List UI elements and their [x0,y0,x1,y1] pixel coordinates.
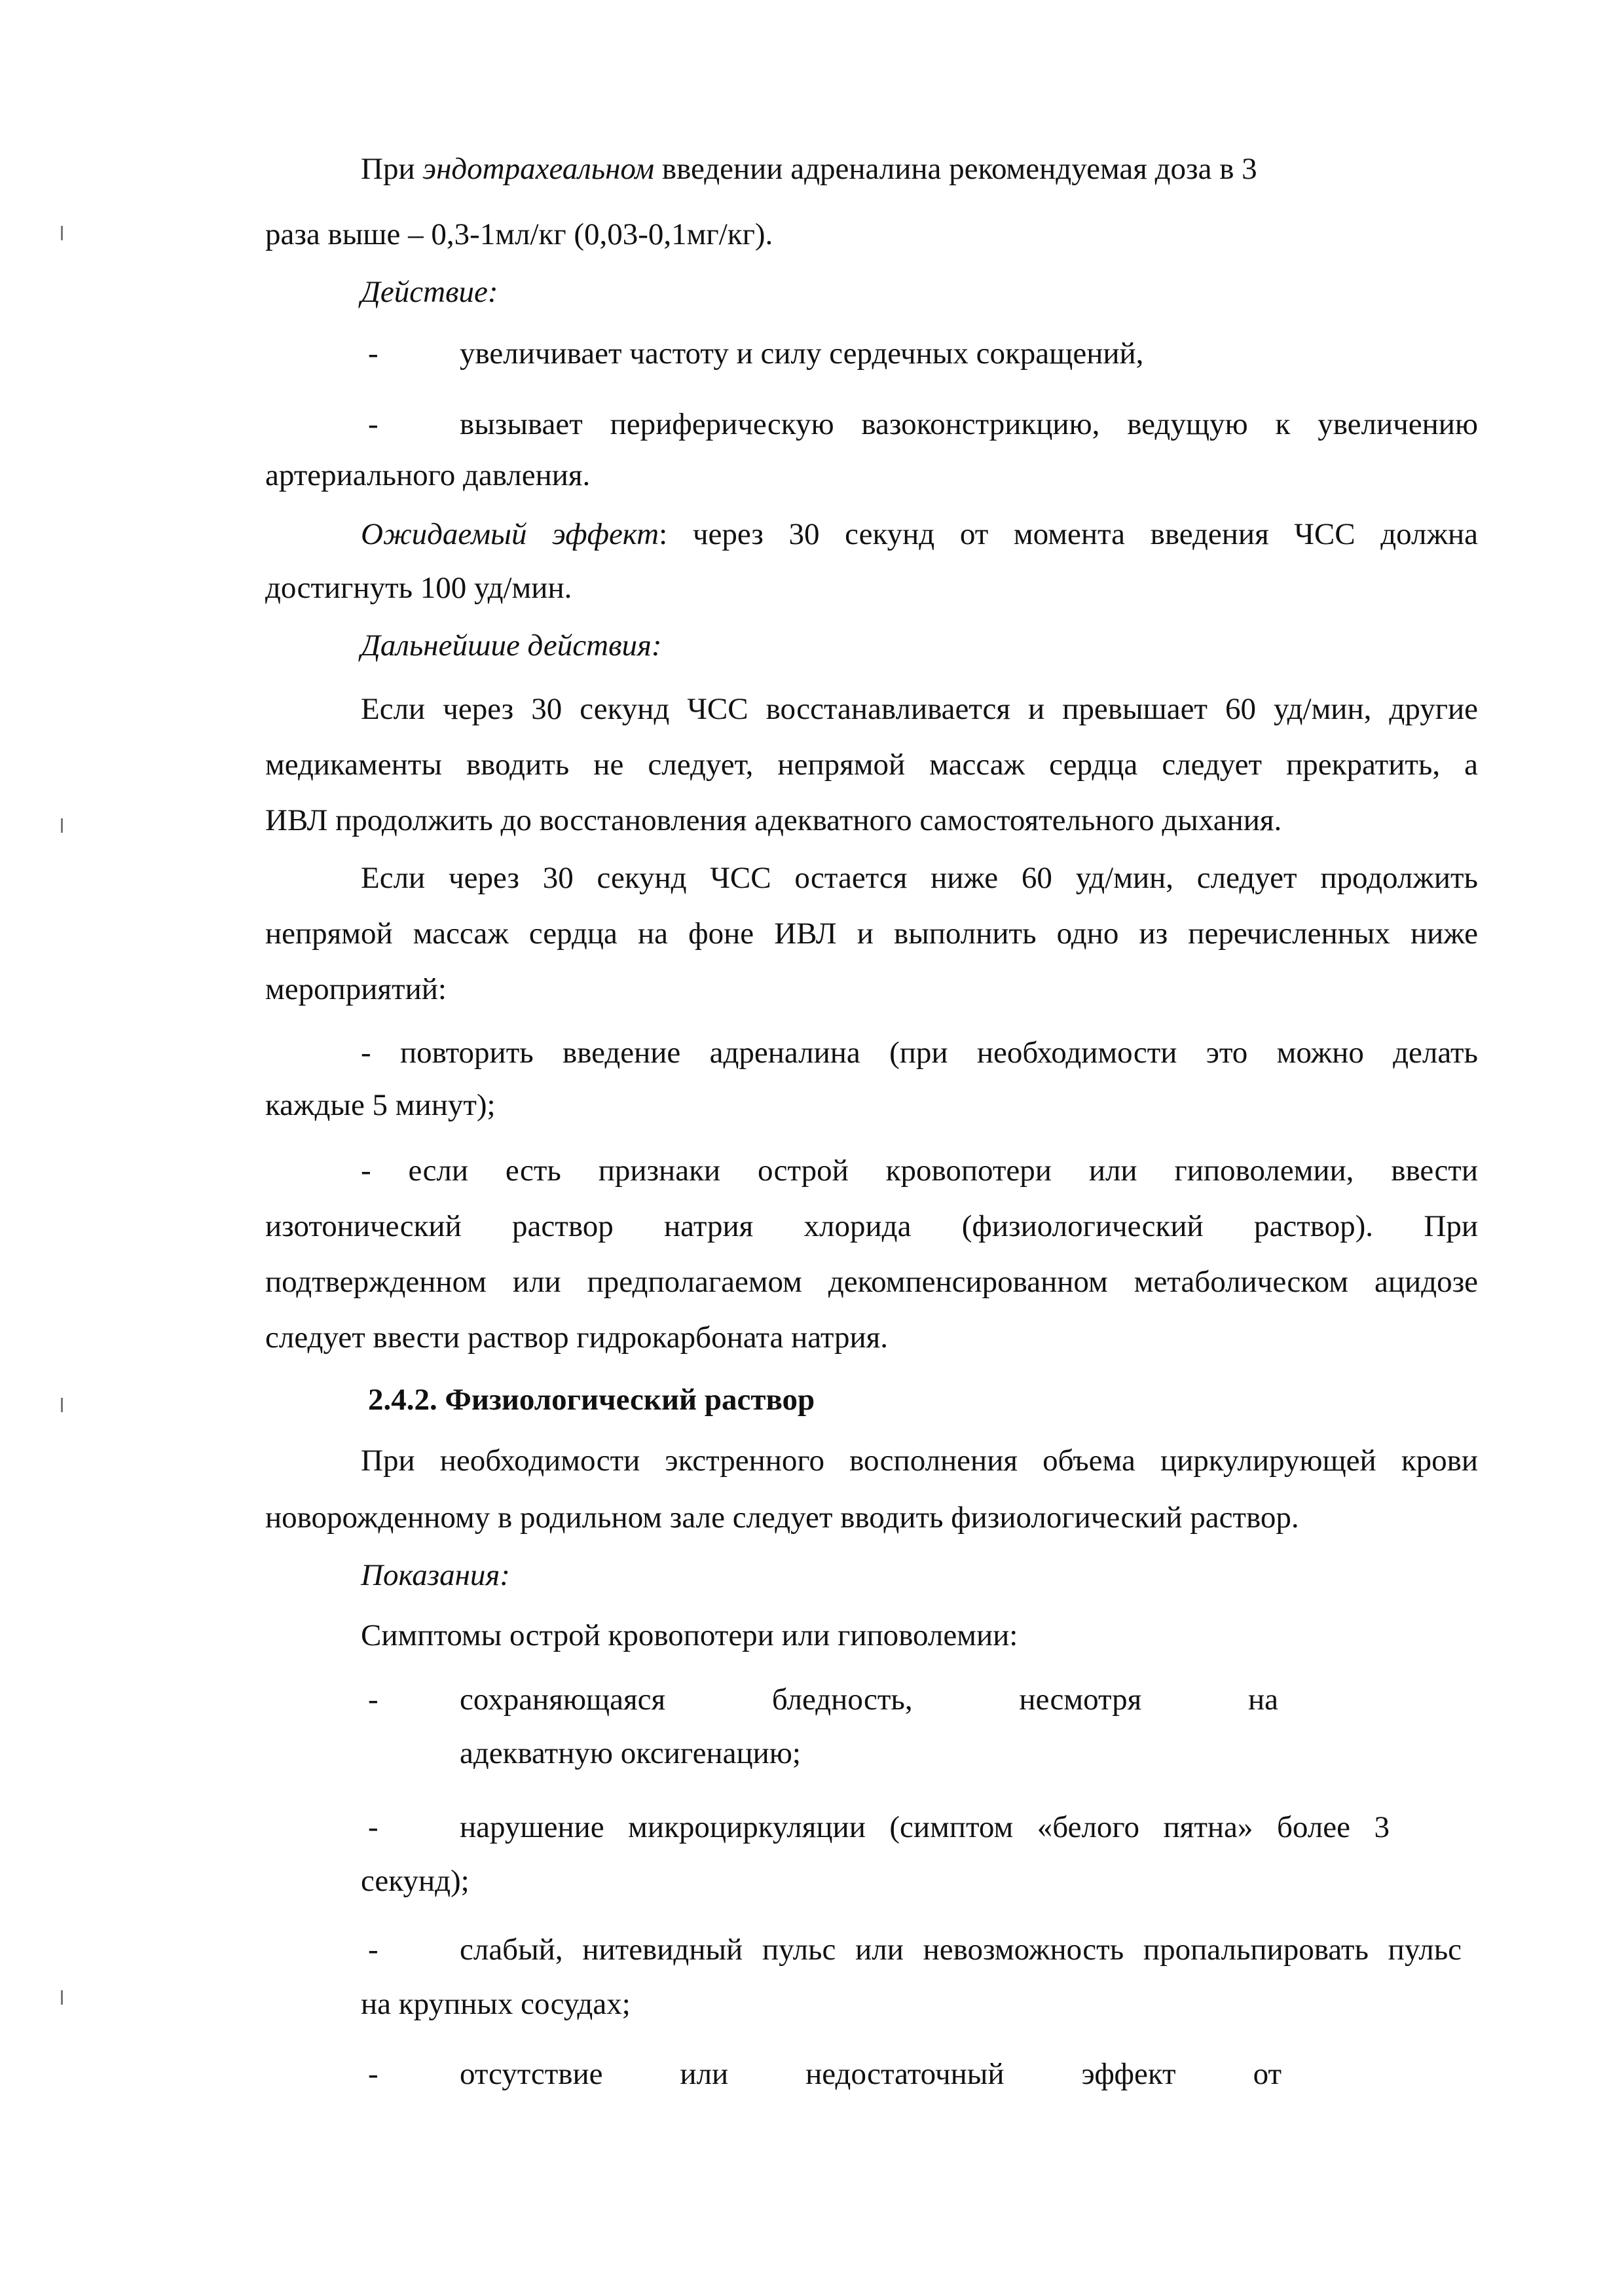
list-item: сохраняющаяся бледность, несмотря на [460,1681,1278,1718]
paragraph-line: достигнуть 100 уд/мин. [265,570,572,606]
list-item: слабый, нитевидный пульс или невозможнос… [460,1931,1462,1968]
scan-mark [61,226,63,240]
list-item-cont: адекватную оксигенацию; [460,1735,801,1772]
paragraph-line: медикаменты вводить не следует, непрямой… [265,746,1478,783]
list-item: увеличивает частоту и силу сердечных сок… [460,335,1143,372]
list-item-cont: на крупных сосудах; [361,1986,631,2022]
paragraph-line: ИВЛ продолжить до восстановления адекват… [265,802,1282,839]
bullet-dash: - [368,2056,378,2092]
further-heading: Дальнейшие действия: [361,627,661,664]
scan-mark [61,818,63,833]
paragraph-line: - если есть признаки острой кровопотери … [361,1152,1478,1189]
list-item-cont: артериального давления. [265,457,590,494]
expected-effect-line: Ожидаемый эффект: через 30 секунд от мом… [361,516,1478,553]
list-item: отсутствие или недостаточный эффект от [460,2056,1282,2092]
document-page: При эндотрахеальном введении адреналина … [0,0,1624,2296]
paragraph-line: Если через 30 секунд ЧСС остается ниже 6… [361,860,1478,896]
expected-label: Ожидаемый эффект [361,517,659,551]
paragraph-line: Если через 30 секунд ЧСС восстанавливает… [361,691,1478,727]
indications-heading: Показания: [361,1557,510,1594]
bullet-dash: - [368,1681,378,1718]
list-item-cont: секунд); [361,1863,470,1899]
list-item: вызывает периферическую вазоконстрикцию,… [460,406,1478,443]
action-heading: Действие: [361,274,498,310]
scan-mark [61,1990,63,2005]
bullet-dash: - [368,1931,378,1968]
paragraph-line: раза выше – 0,3-1мл/кг (0,03-0,1мг/кг). [265,216,773,253]
italic-term: эндотрахеальном [422,152,654,186]
text: введении адреналина рекомендуемая доза в… [654,152,1257,186]
bullet-dash: - [368,1809,378,1846]
list-item: нарушение микроциркуляции (симптом «бело… [460,1809,1390,1846]
paragraph-line: следует ввести раствор гидрокарбоната на… [265,1319,888,1356]
text: При [361,152,422,186]
bullet-dash: - [368,335,378,372]
text: : через 30 секунд от момента введения ЧС… [659,517,1478,551]
paragraph-line: изотонический раствор натрия хлорида (фи… [265,1208,1478,1245]
paragraph-line: При необходимости экстренного восполнени… [361,1442,1478,1479]
paragraph-line: - повторить введение адреналина (при нео… [361,1034,1478,1071]
paragraph-line: мероприятий: [265,971,447,1008]
section-title: 2.4.2. Физиологический раствор [368,1381,815,1418]
paragraph-line: подтвержденном или предполагаемом декомп… [265,1264,1478,1300]
paragraph-line: новорожденному в родильном зале следует … [265,1499,1299,1536]
symptoms-intro: Симптомы острой кровопотери или гиповоле… [361,1617,1018,1654]
bullet-dash: - [368,406,378,443]
paragraph-line: непрямой массаж сердца на фоне ИВЛ и вып… [265,915,1478,952]
scan-mark [61,1398,63,1412]
paragraph-line: При эндотрахеальном введении адреналина … [361,151,1257,187]
paragraph-line: каждые 5 минут); [265,1087,496,1123]
